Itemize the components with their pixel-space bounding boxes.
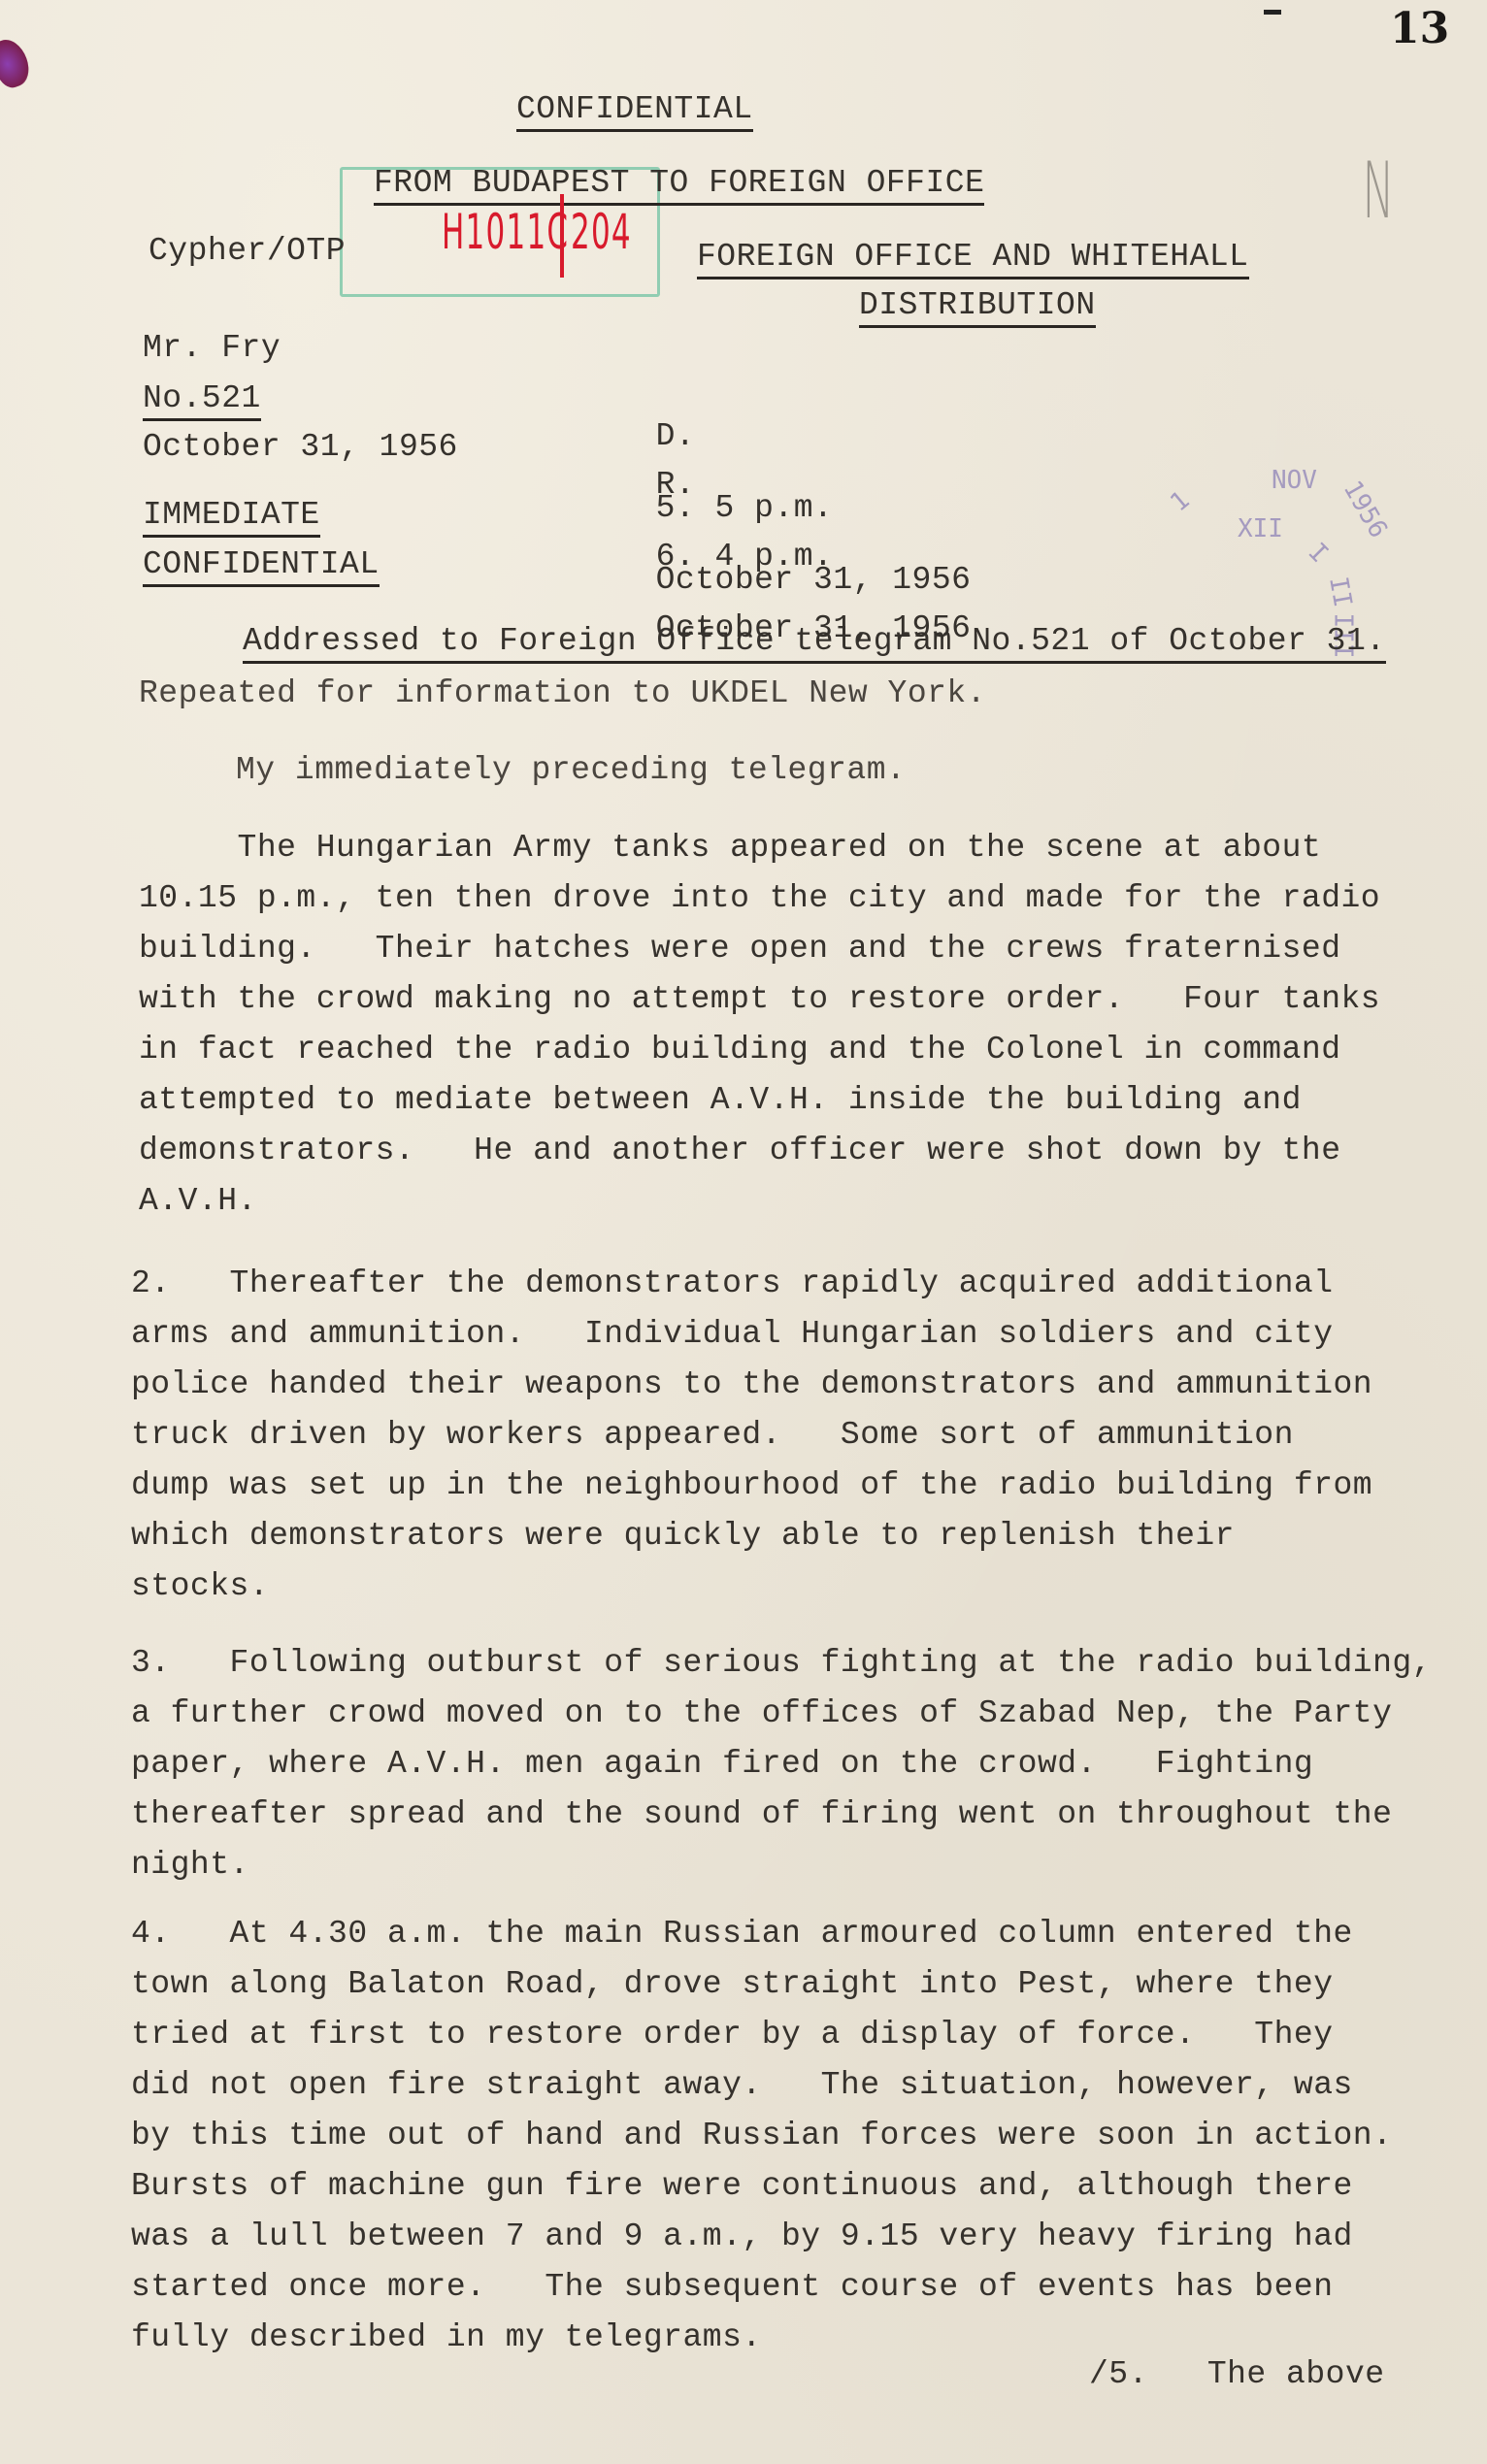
distribution-line-2: DISTRIBUTION xyxy=(859,287,1096,328)
paragraph-line: town along Balaton Road, drove straight … xyxy=(131,1959,1470,2010)
received-date-stamp: NOV 1956 1 XII I II III xyxy=(1145,466,1359,699)
classification-heading: CONFIDENTIAL xyxy=(516,91,753,132)
from-to-line: FROM BUDAPEST TO FOREIGN OFFICE xyxy=(374,165,984,206)
paragraph-line: police handed their weapons to the demon… xyxy=(131,1360,1470,1410)
paragraph-line: tried at first to restore order by a dis… xyxy=(131,2010,1470,2060)
paragraph-line: paper, where A.V.H. men again fired on t… xyxy=(131,1739,1470,1790)
stamp-month: NOV xyxy=(1272,466,1317,495)
received-row: R. 6. 4 p.m. October 31, 1956 xyxy=(616,431,971,646)
file-reference-divider xyxy=(560,194,564,278)
paragraph-3: 3. Following outburst of serious fightin… xyxy=(131,1638,1470,1890)
paragraph-line: demonstrators. He and another officer we… xyxy=(139,1126,1478,1176)
paragraph-line: in fact reached the radio building and t… xyxy=(139,1025,1478,1075)
paragraph-line: 10.15 p.m., ten then drove into the city… xyxy=(139,873,1478,924)
classification-marking: CONFIDENTIAL xyxy=(143,546,380,587)
stamp-mark: I xyxy=(1303,538,1334,569)
stamp-mark: XII xyxy=(1238,514,1283,543)
paragraph-line: 2. Thereafter the demonstrators rapidly … xyxy=(131,1259,1470,1309)
received-label: R. xyxy=(656,467,696,503)
cypher-label: Cypher/OTP xyxy=(149,233,346,269)
paragraph-line: truck driven by workers appeared. Some s… xyxy=(131,1410,1470,1461)
file-reference: H1011C xyxy=(442,204,569,260)
addressed-line: Addressed to Foreign Office telegram No.… xyxy=(243,623,1386,664)
telegram-date: October 31, 1956 xyxy=(143,429,458,465)
paragraph-line: stocks. xyxy=(131,1561,1470,1612)
sender: Mr. Fry xyxy=(143,330,281,366)
binding-mark xyxy=(0,35,35,92)
distribution-line-1: FOREIGN OFFICE AND WHITEHALL xyxy=(697,239,1249,279)
stamp-year: 1956 xyxy=(1338,476,1393,542)
reference-line: My immediately preceding telegram. xyxy=(236,752,906,788)
stamp-day: 1 xyxy=(1165,485,1195,517)
paragraph-line: 4. At 4.30 a.m. the main Russian armoure… xyxy=(131,1909,1470,1959)
paragraph-2: 2. Thereafter the demonstrators rapidly … xyxy=(131,1259,1470,1612)
paragraph-line: attempted to mediate between A.V.H. insi… xyxy=(139,1075,1478,1126)
priority-marking: IMMEDIATE xyxy=(143,497,320,538)
paragraph-4: 4. At 4.30 a.m. the main Russian armoure… xyxy=(131,1909,1470,2363)
corner-mark xyxy=(1264,10,1281,15)
paragraph-line: which demonstrators were quickly able to… xyxy=(131,1511,1470,1561)
repeated-line: Repeated for information to UKDEL New Yo… xyxy=(139,675,986,711)
paragraph-line: started once more. The subsequent course… xyxy=(131,2262,1470,2313)
paragraph-line: night. xyxy=(131,1840,1470,1890)
paragraph-line: did not open fire straight away. The sit… xyxy=(131,2060,1470,2111)
paragraph-line: Bursts of machine gun fire were continuo… xyxy=(131,2161,1470,2212)
catchword: /5. The above xyxy=(1089,2356,1385,2392)
paragraph-line: with the crowd making no attempt to rest… xyxy=(139,974,1478,1025)
paragraph-line: arms and ammunition. Individual Hungaria… xyxy=(131,1309,1470,1360)
paragraph-line: The Hungarian Army tanks appeared on the… xyxy=(139,823,1478,873)
paragraph-line: building. Their hatches were open and th… xyxy=(139,924,1478,974)
paragraph-1: The Hungarian Army tanks appeared on the… xyxy=(139,823,1478,1227)
telegram-number: No.521 xyxy=(143,380,261,421)
file-reference-suffix: 204 xyxy=(571,204,632,260)
paragraph-line: A.V.H. xyxy=(139,1176,1478,1227)
page-number: 13 xyxy=(1390,4,1449,53)
stamp-mark: II xyxy=(1323,575,1357,609)
paragraph-line: thereafter spread and the sound of firin… xyxy=(131,1790,1470,1840)
paragraph-line: was a lull between 7 and 9 a.m., by 9.15… xyxy=(131,2212,1470,2262)
paragraph-line: by this time out of hand and Russian for… xyxy=(131,2111,1470,2161)
paragraph-line: dump was set up in the neighbourhood of … xyxy=(131,1461,1470,1511)
received-time: 6. 4 p.m. xyxy=(656,539,834,575)
paragraph-line: a further crowd moved on to the offices … xyxy=(131,1689,1470,1739)
pencil-annotation: N xyxy=(1362,146,1394,236)
paragraph-line: 3. Following outburst of serious fightin… xyxy=(131,1638,1470,1689)
